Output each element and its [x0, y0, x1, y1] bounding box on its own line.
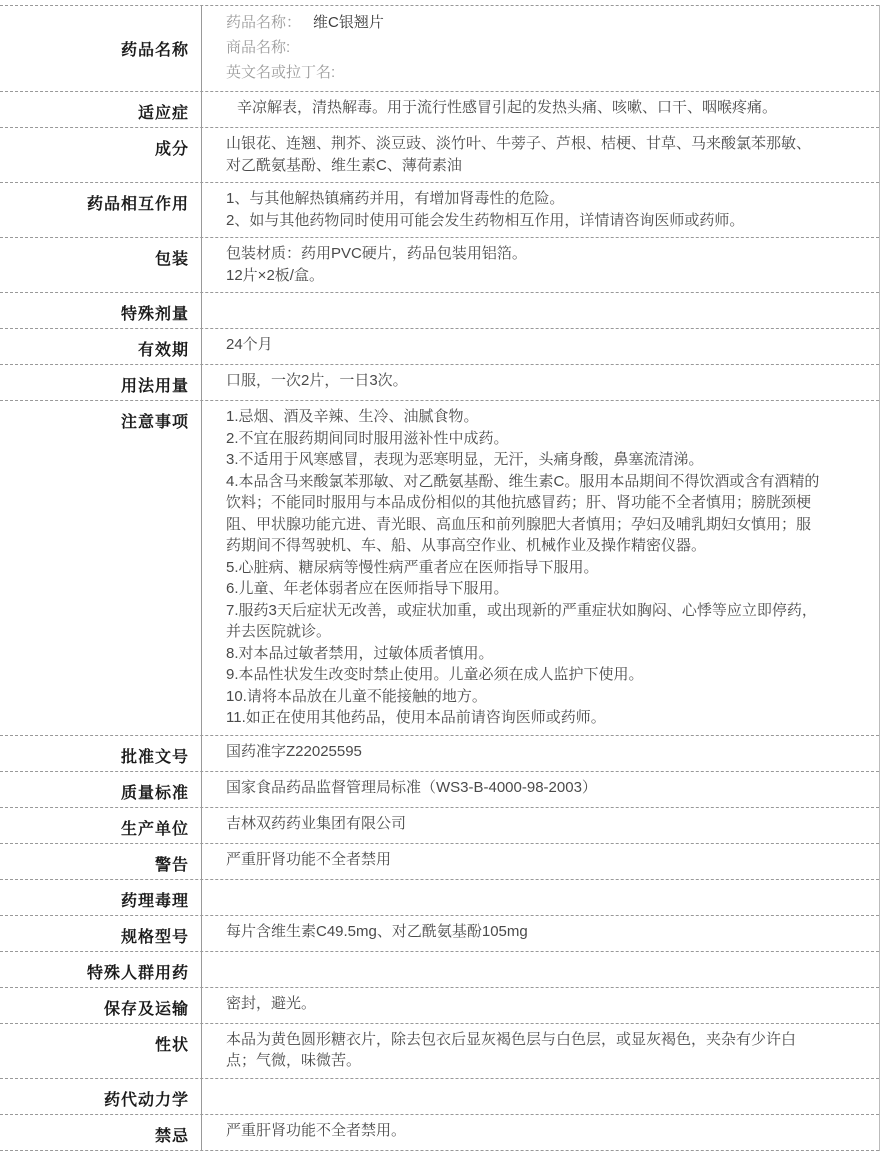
row-value: 辛凉解表，清热解毒。用于流行性感冒引起的发热头痛、咳嗽、口干、咽喉疼痛。 — [201, 92, 879, 127]
row-ingredients: 成分 山银花、连翘、荆芥、淡豆豉、淡竹叶、牛蒡子、芦根、桔梗、甘草、马来酸氯苯那… — [0, 127, 879, 182]
english-name-field: 英文名或拉丁名: — [226, 60, 824, 85]
row-value: 本品为黄色圆形糖衣片，除去包衣后显灰褐色层与白色层，或显灰褐色，夹杂有少许白点；… — [201, 1024, 879, 1078]
row-label: 警告 — [0, 844, 201, 879]
text-line: 1、与其他解热镇痛药并用，有增加肾毒性的危险。 — [226, 188, 824, 210]
row-warning: 警告 严重肝肾功能不全者禁用 — [0, 843, 879, 879]
row-quality-standard: 质量标准 国家食品药品监督管理局标准（WS3-B-4000-98-2003） — [0, 771, 879, 807]
trade-name-field: 商品名称: — [226, 35, 824, 60]
row-contraindications: 禁忌 严重肝肾功能不全者禁用。 — [0, 1114, 879, 1151]
row-value: 国药准字Z22025595 — [201, 736, 879, 771]
row-label: 适应症 — [0, 92, 201, 127]
drug-info-table: 药品名称 药品名称：维C银翘片 商品名称: 英文名或拉丁名: 适应症 辛凉解表，… — [0, 5, 880, 1151]
row-special-dosage: 特殊剂量 — [0, 292, 879, 328]
precaution-item: 6.儿童、年老体弱者应在医师指导下服用。 — [226, 578, 824, 600]
precaution-item: 8.对本品过敏者禁用，过敏体质者慎用。 — [226, 643, 824, 665]
row-value: 国家食品药品监督管理局标准（WS3-B-4000-98-2003） — [201, 772, 879, 807]
row-label: 禁忌 — [0, 1115, 201, 1150]
row-value: 每片含维生素C49.5mg、对乙酰氨基酚105mg — [201, 916, 879, 951]
row-value: 严重肝肾功能不全者禁用。 — [201, 1115, 879, 1150]
row-label: 药品名称 — [0, 37, 201, 60]
row-precautions: 注意事项 1.忌烟、酒及辛辣、生冷、油腻食物。 2.不宜在服药期间同时服用滋补性… — [0, 400, 879, 735]
row-value: 口服，一次2片，一日3次。 — [201, 365, 879, 400]
row-value — [201, 293, 879, 328]
row-value: 包装材质：药用PVC硬片，药品包装用铝箔。 12片×2板/盒。 — [201, 238, 879, 292]
text-line: 本品为黄色圆形糖衣片，除去包衣后显灰褐色层与白色层，或显灰褐色，夹杂有少许白点；… — [226, 1029, 824, 1072]
row-label: 生产单位 — [0, 808, 201, 843]
row-value — [201, 952, 879, 987]
row-value: 严重肝肾功能不全者禁用 — [201, 844, 879, 879]
row-label: 药代动力学 — [0, 1079, 201, 1114]
row-specification: 规格型号 每片含维生素C49.5mg、对乙酰氨基酚105mg — [0, 915, 879, 951]
text-line: 密封，避光。 — [226, 993, 824, 1015]
row-approval-number: 批准文号 国药准字Z22025595 — [0, 735, 879, 771]
precaution-item: 5.心脏病、糖尿病等慢性病严重者应在医师指导下服用。 — [226, 557, 824, 579]
text-line: 24个月 — [226, 334, 824, 356]
precaution-item: 1.忌烟、酒及辛辣、生冷、油腻食物。 — [226, 406, 824, 428]
row-description: 性状 本品为黄色圆形糖衣片，除去包衣后显灰褐色层与白色层，或显灰褐色，夹杂有少许… — [0, 1023, 879, 1078]
row-value: 吉林双药药业集团有限公司 — [201, 808, 879, 843]
row-label: 质量标准 — [0, 772, 201, 807]
precaution-item: 3.不适用于风寒感冒，表现为恶寒明显，无汗，头痛身酸，鼻塞流清涕。 — [226, 449, 824, 471]
row-shelf-life: 有效期 24个月 — [0, 328, 879, 364]
field-key: 英文名或拉丁名: — [226, 64, 335, 81]
row-value — [201, 880, 879, 915]
row-label: 成分 — [0, 128, 201, 182]
precaution-item: 7.服药3天后症状无改善，或症状加重，或出现新的严重症状如胸闷、心悸等应立即停药… — [226, 600, 824, 643]
text-line: 每片含维生素C49.5mg、对乙酰氨基酚105mg — [226, 921, 824, 943]
text-line: 2、如与其他药物同时使用可能会发生药物相互作用，详情请咨询医师或药师。 — [226, 210, 824, 232]
text-line: 口服，一次2片，一日3次。 — [226, 370, 824, 392]
row-value: 1、与其他解热镇痛药并用，有增加肾毒性的危险。 2、如与其他药物同时使用可能会发… — [201, 183, 879, 237]
text-line: 严重肝肾功能不全者禁用 — [226, 849, 824, 871]
row-value — [201, 1079, 879, 1114]
row-label: 药品相互作用 — [0, 183, 201, 237]
row-label: 注意事项 — [0, 401, 201, 735]
row-value: 24个月 — [201, 329, 879, 364]
row-value: 山银花、连翘、荆芥、淡豆豉、淡竹叶、牛蒡子、芦根、桔梗、甘草、马来酸氯苯那敏、对… — [201, 128, 879, 182]
precaution-item: 9.本品性状发生改变时禁止使用。儿童必须在成人监护下使用。 — [226, 664, 824, 686]
field-value: 维C银翘片 — [313, 14, 384, 31]
row-indications: 适应症 辛凉解表，清热解毒。用于流行性感冒引起的发热头痛、咳嗽、口干、咽喉疼痛。 — [0, 91, 879, 127]
row-packaging: 包装 包装材质：药用PVC硬片，药品包装用铝箔。 12片×2板/盒。 — [0, 237, 879, 292]
field-key: 商品名称: — [226, 39, 290, 56]
row-drug-interactions: 药品相互作用 1、与其他解热镇痛药并用，有增加肾毒性的危险。 2、如与其他药物同… — [0, 182, 879, 237]
row-label: 药理毒理 — [0, 880, 201, 915]
text-line: 辛凉解表，清热解毒。用于流行性感冒引起的发热头痛、咳嗽、口干、咽喉疼痛。 — [237, 97, 824, 119]
text-line: 国药准字Z22025595 — [226, 741, 824, 763]
row-drug-name: 药品名称 药品名称：维C银翘片 商品名称: 英文名或拉丁名: — [0, 5, 879, 91]
row-label: 特殊人群用药 — [0, 952, 201, 987]
row-value: 密封，避光。 — [201, 988, 879, 1023]
text-line: 吉林双药药业集团有限公司 — [226, 813, 824, 835]
precaution-item: 10.请将本品放在儿童不能接触的地方。 — [226, 686, 824, 708]
row-value: 1.忌烟、酒及辛辣、生冷、油腻食物。 2.不宜在服药期间同时服用滋补性中成药。 … — [201, 401, 879, 735]
precaution-item: 2.不宜在服药期间同时服用滋补性中成药。 — [226, 428, 824, 450]
text-line: 包装材质：药用PVC硬片，药品包装用铝箔。 — [226, 243, 824, 265]
text-line: 严重肝肾功能不全者禁用。 — [226, 1120, 824, 1142]
row-special-populations: 特殊人群用药 — [0, 951, 879, 987]
text-line: 山银花、连翘、荆芥、淡豆豉、淡竹叶、牛蒡子、芦根、桔梗、甘草、马来酸氯苯那敏、对… — [226, 133, 824, 176]
row-label: 性状 — [0, 1024, 201, 1078]
row-label: 规格型号 — [0, 916, 201, 951]
row-label: 批准文号 — [0, 736, 201, 771]
row-label: 有效期 — [0, 329, 201, 364]
row-label: 用法用量 — [0, 365, 201, 400]
row-label: 特殊剂量 — [0, 293, 201, 328]
field-key: 药品名称： — [226, 14, 301, 31]
row-manufacturer: 生产单位 吉林双药药业集团有限公司 — [0, 807, 879, 843]
text-line: 12片×2板/盒。 — [226, 265, 824, 287]
row-pharmacology-toxicology: 药理毒理 — [0, 879, 879, 915]
precaution-item: 11.如正在使用其他药品，使用本品前请咨询医师或药师。 — [226, 707, 824, 729]
row-label: 保存及运输 — [0, 988, 201, 1023]
drug-name-field: 药品名称：维C银翘片 — [226, 10, 824, 35]
row-value: 药品名称：维C银翘片 商品名称: 英文名或拉丁名: — [201, 6, 879, 91]
row-pharmacokinetics: 药代动力学 — [0, 1078, 879, 1114]
row-storage-transport: 保存及运输 密封，避光。 — [0, 987, 879, 1023]
row-label: 包装 — [0, 238, 201, 292]
row-dosage-administration: 用法用量 口服，一次2片，一日3次。 — [0, 364, 879, 400]
precaution-item: 4.本品含马来酸氯苯那敏、对乙酰氨基酚、维生素C。服用本品期间不得饮酒或含有酒精… — [226, 471, 824, 557]
text-line: 国家食品药品监督管理局标准（WS3-B-4000-98-2003） — [226, 777, 824, 799]
